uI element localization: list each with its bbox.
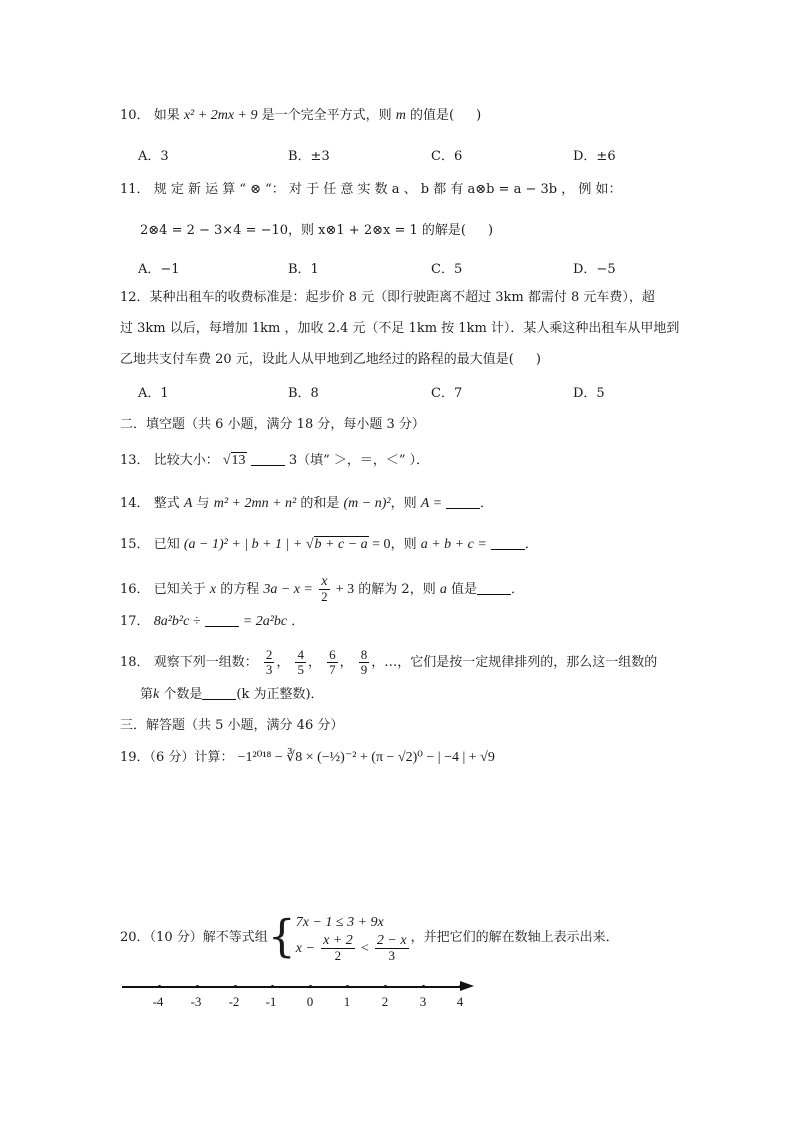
question-text: 如果 (154, 108, 180, 123)
question-number: 10． (120, 108, 150, 123)
question-number: 13． (120, 453, 150, 468)
math-expression: (m − n)² (344, 496, 391, 511)
radicand: b + c − a (314, 536, 369, 552)
question-15: 15． 已知 (a − 1)² + | b + 1 | + √b + c − a… (120, 535, 538, 555)
inequality-system: 7x − 1 ≤ 3 + 9x x − x + 22 < 2 − x3 (296, 912, 411, 963)
tick-label: -3 (191, 994, 202, 1010)
question-14: 14． 整式 A 与 m² + 2mn + n² 的和是 (m − n)²，则 … (120, 494, 493, 514)
question-number: 18． (120, 655, 150, 670)
period: ． (291, 614, 304, 629)
tick-mark (422, 985, 425, 988)
tick-label: -2 (229, 994, 240, 1010)
inequality-1: 7x − 1 ≤ 3 + 9x (296, 912, 411, 934)
number-line: -4 -3 -2 -1 0 1 2 3 4 (122, 978, 482, 1018)
question-text: 已知 (154, 537, 180, 552)
denominator: 3 (375, 949, 409, 963)
answer-paren: ) (476, 108, 481, 123)
question-16: 16． 已知关于 x 的方程 3a − x = x2 + 3 的解为 2，则 a… (120, 575, 524, 604)
math-expression: = 2a²bc (243, 614, 287, 629)
math-expression: = 0 (369, 537, 391, 552)
fraction: 67 (327, 648, 338, 677)
tick-label: 3 (420, 994, 427, 1010)
math-expression: x − (296, 941, 315, 956)
question-text: 3（填” ＞，＝，＜” ）． (289, 453, 429, 468)
answer-blank (202, 685, 236, 700)
question-text: 的值是( (410, 108, 454, 123)
tick-mark (384, 985, 387, 988)
question-number: 12． (120, 290, 150, 305)
tick-label: -4 (153, 994, 164, 1010)
question-text: 的和是 (300, 496, 339, 511)
fraction: 89 (359, 648, 370, 677)
option-b: B．1 (288, 258, 319, 277)
tick-label: 2 (382, 994, 389, 1010)
tick-mark (346, 985, 349, 988)
question-10: 10． 如果 x² + 2mx + 9 是一个完全平方式，则 m 的值是() (120, 106, 481, 126)
question-text: ，…，它们是按一定规律排列的，那么这一组数的 (371, 655, 657, 670)
question-text: 已知关于 (154, 582, 206, 597)
question-11: 11． 规 定 新 运 算 “ ⊗ “： 对 于 任 意 实 数 a 、 b 都… (120, 180, 621, 200)
numerator: x (319, 575, 330, 590)
option-a: A．−1 (138, 258, 180, 277)
option-b: B．8 (288, 382, 319, 401)
tick-label: 1 (344, 994, 351, 1010)
math-expression: −1²⁰¹⁸ − ∛8 × (−½)⁻² + (π − √2)⁰ − | −4 … (238, 750, 495, 765)
question-text: 值是 (451, 582, 477, 597)
question-12-line3: 乙地共支付车费 20 元，设此人从甲地到乙地经过的路程的最大值是() (120, 350, 541, 370)
fraction: 45 (295, 648, 306, 677)
answer-blank (491, 535, 525, 550)
denominator: 3 (264, 663, 275, 677)
period: ． (480, 496, 493, 511)
option-c: C．5 (431, 258, 462, 277)
math-expression: a + b + c = (421, 537, 487, 552)
numerator: x + 2 (321, 934, 355, 949)
numerator: 6 (327, 648, 338, 663)
numerator: 2 − x (375, 934, 409, 949)
option-d: D．5 (573, 382, 605, 401)
question-points: （6 分） (150, 750, 195, 765)
option-a: A．1 (138, 382, 169, 401)
fraction: 23 (264, 648, 275, 677)
option-a: A．3 (138, 145, 169, 164)
question-points: （10 分） (150, 930, 203, 945)
math-expression: 3a − x = (263, 582, 313, 597)
question-12-line2: 过 3km 以后，每增加 1km ，加收 2.4 元（不足 1km 按 1km … (120, 319, 679, 339)
numerator: 2 (264, 648, 275, 663)
radicand: 13 (231, 452, 247, 468)
question-text: ，则 (391, 537, 417, 552)
question-text: ，并把它们的解在数轴上表示出来． (411, 930, 619, 945)
question-text: 的解为 2，则 (358, 582, 435, 597)
math-variable: k (153, 687, 159, 702)
math-variable: a (440, 582, 447, 597)
question-text: 2⊗4 = 2 − 3×4 = −10，则 x⊗1 + 2⊗x = 1 的解是( (140, 223, 466, 238)
axis-line (122, 986, 464, 988)
tick-label: 4 (457, 994, 464, 1010)
arrow-icon (460, 981, 474, 991)
question-17: 17． 8a²b²c ÷ = 2a²bc ． (120, 612, 304, 632)
operator: < (361, 941, 369, 956)
denominator: 5 (295, 663, 306, 677)
option-b: B．±3 (288, 145, 330, 164)
question-20: 20．（10 分）解不等式组{ 7x − 1 ≤ 3 + 9x x − x + … (120, 912, 619, 963)
question-18: 18． 观察下列一组数： 23， 45， 67， 89，…，它们是按一定规律排列… (120, 648, 657, 677)
question-18-line2: 第k 个数是(k 为正整数)． (140, 685, 324, 705)
tick-mark (158, 985, 161, 988)
tick-mark (234, 985, 237, 988)
question-number: 15． (120, 537, 150, 552)
numerator: 8 (359, 648, 370, 663)
answer-blank (251, 451, 285, 466)
question-number: 11． (120, 182, 150, 197)
question-text: 过 3km 以后，每增加 1km ，加收 2.4 元（不足 1km 按 1km … (120, 321, 679, 336)
question-text: 规 定 新 运 算 “ ⊗ “： 对 于 任 意 实 数 a 、 b 都 有 a… (154, 182, 622, 197)
period: ． (525, 537, 538, 552)
option-c: C．6 (431, 145, 462, 164)
answer-blank (477, 580, 511, 595)
section-3-heading: 三．解答题（共 5 小题，满分 46 分） (120, 716, 343, 736)
math-expression: A = (421, 496, 442, 511)
question-number: 19． (120, 750, 150, 765)
answer-blank (205, 612, 239, 627)
question-number: 14． (120, 496, 150, 511)
question-11-line2: 2⊗4 = 2 − 3×4 = −10，则 x⊗1 + 2⊗x = 1 的解是(… (140, 221, 493, 241)
question-text: 计算： (194, 750, 233, 765)
answer-blank (446, 494, 480, 509)
question-text: 乙地共支付车费 20 元，设此人从甲地到乙地经过的路程的最大值是( (120, 352, 514, 367)
question-text: 解不等式组 (203, 930, 268, 945)
fraction: x2 (319, 575, 330, 604)
question-text: 某种出租车的收费标准是：起步价 8 元（即行驶距离不超过 3km 都需付 8 元… (150, 290, 655, 305)
period: ． (511, 582, 524, 597)
question-text: 是一个完全平方式，则 (262, 108, 392, 123)
question-text: 整式 (154, 496, 180, 511)
options-12: A．1 B．8 C．7 D．5 (138, 382, 658, 402)
math-variable: A (184, 496, 193, 511)
question-text: 第 (140, 687, 153, 702)
question-text: ，则 (391, 496, 417, 511)
denominator: 2 (321, 949, 355, 963)
question-number: 20． (120, 930, 150, 945)
tick-mark (309, 985, 312, 988)
options-10: A．3 B．±3 C．6 D．±6 (138, 145, 658, 165)
sqrt-expression: √13 (223, 452, 247, 468)
option-d: D．−5 (573, 258, 616, 277)
question-number: 17． (120, 614, 150, 629)
left-brace: { (268, 912, 296, 963)
math-expression: + 3 (336, 582, 354, 597)
math-expression: (a − 1)² + | b + 1 | + (184, 537, 306, 552)
math-expression: m² + 2mn + n² (214, 496, 297, 511)
answer-paren: ) (536, 352, 541, 367)
tick-mark (459, 985, 462, 988)
fraction: 2 − x3 (375, 934, 409, 963)
question-text: 与 (197, 496, 210, 511)
tick-mark (271, 985, 274, 988)
question-text: 个数是 (163, 687, 202, 702)
question-text: 比较大小： (154, 453, 219, 468)
option-d: D．±6 (573, 145, 616, 164)
section-2-heading: 二．填空题（共 6 小题，满分 18 分，每小题 3 分） (120, 415, 425, 435)
question-12: 12．某种出租车的收费标准是：起步价 8 元（即行驶距离不超过 3km 都需付 … (120, 288, 655, 308)
sqrt-sign: √ (306, 537, 314, 552)
numerator: 4 (295, 648, 306, 663)
question-text: 观察下列一组数： (154, 655, 258, 670)
tick-label: -1 (266, 994, 277, 1010)
denominator: 9 (359, 663, 370, 677)
fraction: x + 22 (321, 934, 355, 963)
option-c: C．7 (431, 382, 462, 401)
inequality-2: x − x + 22 < 2 − x3 (296, 934, 411, 963)
question-text: 的方程 (220, 582, 259, 597)
tick-mark (196, 985, 199, 988)
answer-paren: ) (488, 223, 493, 238)
question-19: 19．（6 分）计算： −1²⁰¹⁸ − ∛8 × (−½)⁻² + (π − … (120, 748, 495, 768)
question-number: 16． (120, 582, 150, 597)
tick-label: 0 (307, 994, 314, 1010)
question-13: 13． 比较大小： √13 3（填” ＞，＝，＜” ）． (120, 451, 429, 471)
options-11: A．−1 B．1 C．5 D．−5 (138, 258, 658, 278)
math-expression: 8a²b²c ÷ (154, 614, 201, 629)
denominator: 2 (319, 590, 330, 604)
math-variable: m (396, 108, 406, 123)
denominator: 7 (327, 663, 338, 677)
question-text: (k 为正整数)． (236, 687, 323, 702)
math-expression: x² + 2mx + 9 (184, 108, 258, 123)
math-variable: x (210, 582, 216, 597)
